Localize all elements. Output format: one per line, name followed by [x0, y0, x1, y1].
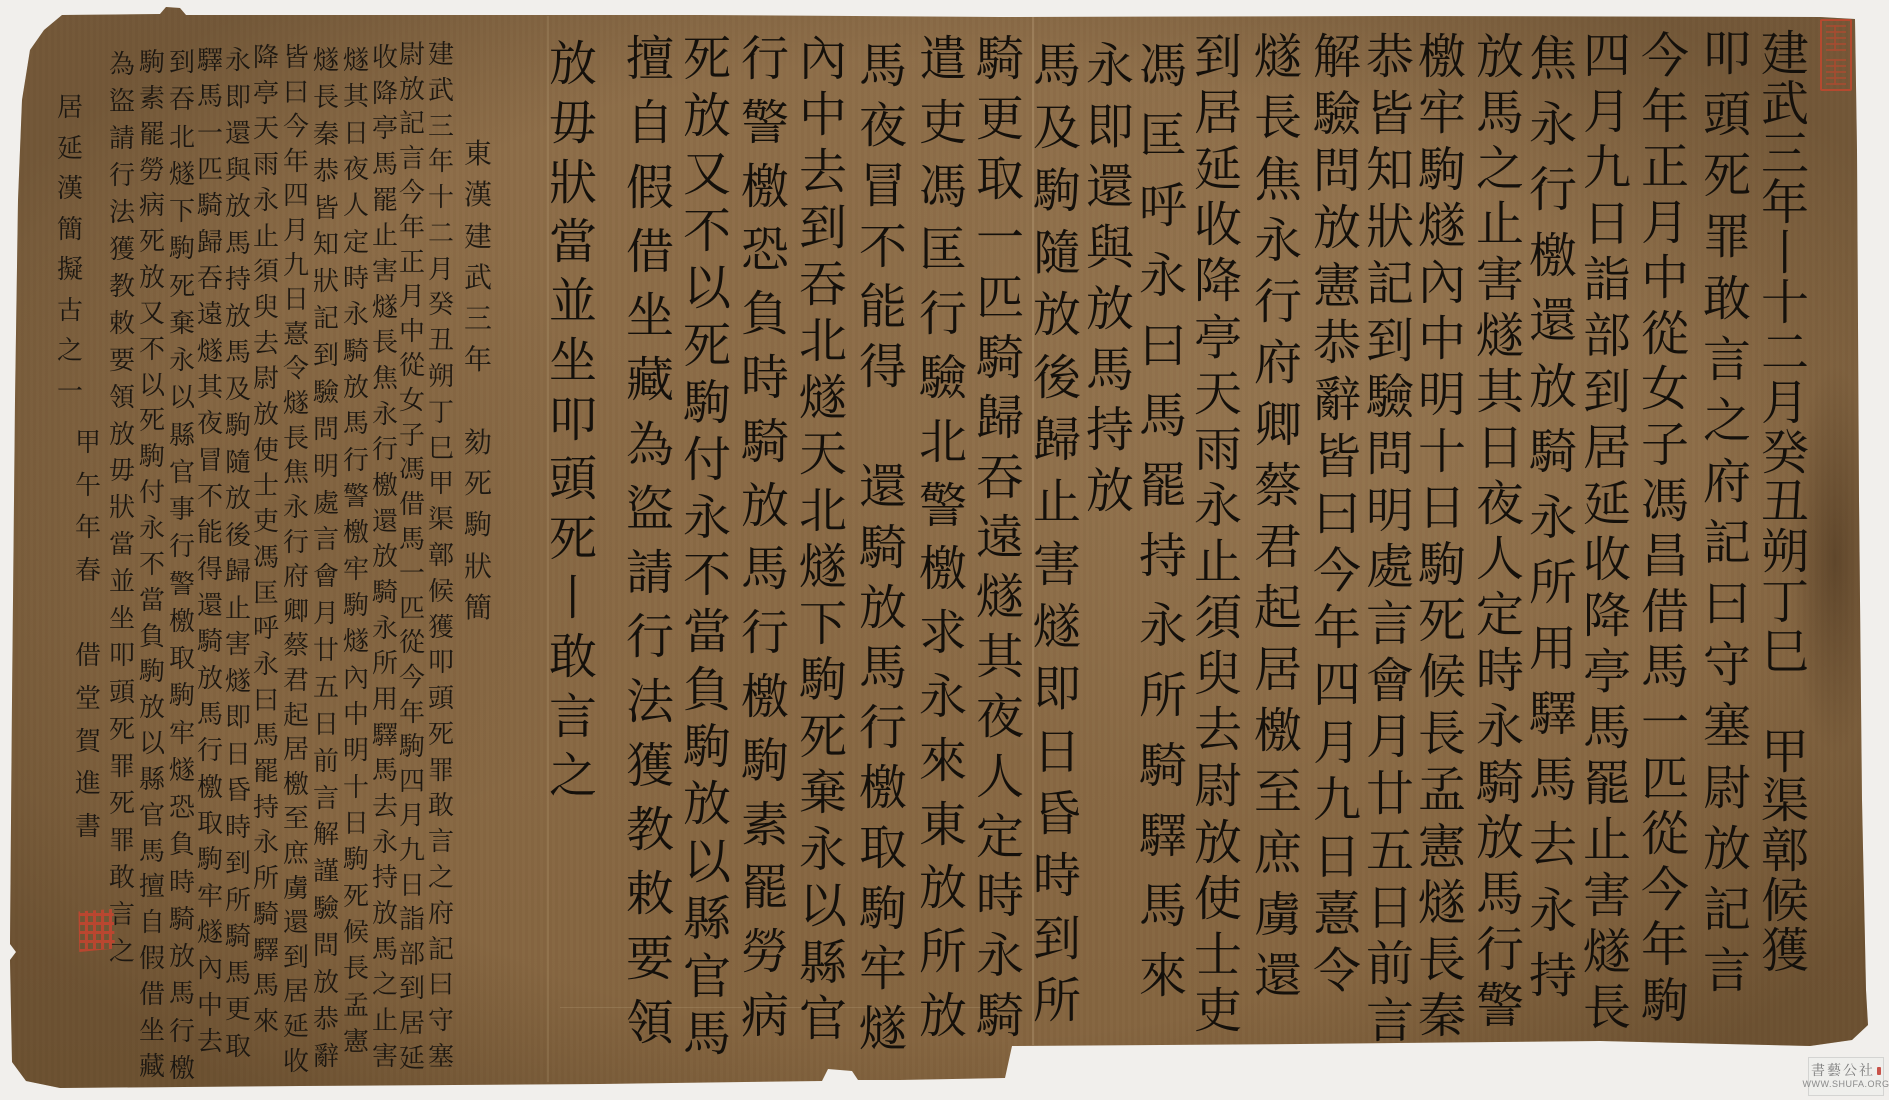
glyph: 自 [626, 99, 674, 147]
glyph: 死 [464, 470, 492, 498]
glyph: 牢 [169, 721, 195, 747]
glyph: 鄣 [1761, 827, 1809, 875]
glyph: 時 [1033, 852, 1081, 900]
glyph: 從 [1641, 810, 1689, 858]
glyph: 得 [197, 557, 223, 583]
glyph: 取 [197, 811, 223, 837]
glyph: 駒 [343, 593, 369, 619]
glyph: 請 [109, 126, 135, 152]
glyph: 放 [197, 666, 223, 692]
glyph: 恭 [313, 1007, 339, 1033]
glyph: 牢 [197, 884, 223, 910]
glyph: 持 [1529, 952, 1577, 1000]
glyph: 虜 [1254, 891, 1302, 939]
glyph: 降 [253, 45, 279, 71]
glyph: 後 [225, 523, 251, 549]
glyph: 駒 [859, 885, 907, 933]
glyph: 放 [1086, 285, 1134, 333]
glyph: 止 [1476, 200, 1524, 248]
right-text-column: 馬及駒隨放後歸止害燧即日昏時到所 [1025, 42, 1089, 1025]
glyph: 持 [372, 865, 398, 891]
glyph: 駒 [169, 236, 195, 262]
glyph: 從 [1641, 310, 1689, 358]
glyph: 負 [741, 290, 789, 338]
glyph: 記 [1703, 519, 1751, 567]
glyph: 不 [683, 551, 731, 599]
glyph: 皆 [1366, 90, 1414, 138]
glyph: 能 [197, 520, 223, 546]
glyph: 歸 [1033, 416, 1081, 464]
glyph: 渠 [1761, 777, 1809, 825]
glyph: 憙 [283, 322, 309, 348]
glyph: 馮 [399, 457, 425, 483]
glyph: 東 [464, 140, 492, 168]
glyph: 罪 [1703, 213, 1751, 261]
glyph: 馬 [1641, 643, 1689, 691]
glyph: 明 [1418, 371, 1466, 419]
glyph: 行 [169, 1019, 195, 1045]
glyph: 當 [139, 588, 165, 614]
glyph: 罪 [428, 758, 454, 784]
glyph: 遣 [919, 35, 967, 83]
glyph: 病 [139, 193, 165, 219]
glyph: 曰 [1139, 322, 1187, 370]
glyph: 永 [253, 830, 279, 856]
glyph: 問 [313, 417, 339, 443]
glyph: 丑 [1761, 478, 1809, 526]
glyph: 負 [139, 624, 165, 650]
glyph: 取 [859, 824, 907, 872]
glyph: 言 [1703, 947, 1751, 995]
glyph: 匡 [919, 226, 967, 274]
glyph: 領 [109, 385, 135, 411]
glyph: 燧 [1418, 879, 1466, 927]
glyph: 死 [428, 722, 454, 748]
glyph: 騎 [976, 334, 1024, 382]
glyph: 延 [57, 136, 83, 162]
glyph: 永 [919, 673, 967, 721]
glyph: 馬 [169, 981, 195, 1007]
glyph: 死 [683, 35, 731, 83]
glyph: 中 [399, 319, 425, 345]
glyph: 放 [169, 944, 195, 970]
glyph: 馬 [225, 961, 251, 987]
glyph: 官 [169, 460, 195, 486]
glyph: 明 [343, 738, 369, 764]
glyph: 時 [976, 872, 1024, 920]
glyph: 縣 [799, 939, 847, 987]
glyph: 內 [197, 956, 223, 982]
glyph: 騎 [343, 339, 369, 365]
glyph: 檄 [197, 775, 223, 801]
glyph: 害 [372, 259, 398, 285]
glyph: 以 [683, 838, 731, 886]
glyph: 領 [626, 999, 674, 1047]
glyph: 一 [197, 121, 223, 147]
left-text-column: 到吞北燧下駒死棄永以縣官事行警檄取駒牢燧恐負時騎放馬行檄 [165, 50, 199, 1082]
glyph: 檄 [859, 764, 907, 812]
glyph: 不 [683, 207, 731, 255]
glyph: 永 [1254, 217, 1302, 265]
glyph: 馬 [1529, 756, 1577, 804]
glyph: 府 [1703, 458, 1751, 506]
glyph: 長 [372, 330, 398, 356]
glyph: 放 [225, 486, 251, 512]
glyph: 部 [399, 942, 425, 968]
glyph: 夜 [859, 102, 907, 150]
glyph: 人 [1476, 535, 1524, 583]
glyph: 日 [1313, 833, 1361, 881]
glyph: 記 [1366, 260, 1414, 308]
glyph: 人 [343, 193, 369, 219]
glyph: 君 [283, 668, 309, 694]
glyph: 永 [1529, 887, 1577, 935]
glyph: 持 [225, 267, 251, 293]
glyph: 法 [626, 678, 674, 726]
glyph: 日 [399, 873, 425, 899]
glyph: 士 [253, 473, 279, 499]
glyph: 延 [399, 1046, 425, 1072]
glyph: 甲 [428, 471, 454, 497]
glyph: 素 [741, 801, 789, 849]
glyph: 借 [75, 643, 101, 669]
glyph: 到 [283, 945, 309, 971]
glyph: 解 [313, 822, 339, 848]
glyph: 居 [1194, 89, 1242, 137]
glyph: 曰 [253, 688, 279, 714]
glyph: 借 [626, 228, 674, 276]
glyph: 持 [1139, 532, 1187, 580]
glyph: 更 [976, 95, 1024, 143]
glyph: 雨 [253, 152, 279, 178]
glyph: 焦 [372, 366, 398, 392]
glyph: 居 [283, 979, 309, 1005]
glyph: 放 [399, 77, 425, 103]
glyph: 一 [57, 379, 83, 405]
watermark-brand: 書藝公社 [1811, 1063, 1875, 1079]
glyph: 恭 [1313, 319, 1361, 367]
glyph: 敕 [626, 870, 674, 918]
glyph: 以 [169, 385, 195, 411]
glyph: 後 [1033, 354, 1081, 402]
title-column: 東漢建武三年劾死駒狀簡 [460, 140, 496, 622]
glyph: 言 [1703, 336, 1751, 384]
glyph: 日 [1366, 884, 1414, 932]
glyph: 頭 [1703, 91, 1751, 139]
glyph: 放 [139, 265, 165, 291]
glyph: 皆 [313, 196, 339, 222]
glyph: 匹 [976, 274, 1024, 322]
glyph: 九 [1313, 776, 1361, 824]
glyph: 塞 [428, 1044, 454, 1070]
glyph: 到 [799, 204, 847, 252]
glyph: 駒 [1641, 977, 1689, 1025]
right-text-column: 馬夜冒不能得還騎放馬行檄取駒牢燧 [851, 42, 915, 1053]
glyph: 之 [1703, 397, 1751, 445]
glyph: 駒 [683, 723, 731, 771]
glyph: 去 [253, 331, 279, 357]
glyph: 放 [313, 970, 339, 996]
glyph: 警 [1476, 982, 1524, 1030]
glyph: 敢 [428, 793, 454, 819]
glyph: 古 [57, 298, 83, 324]
glyph: 馬 [1033, 42, 1081, 90]
glyph: 騎 [253, 902, 279, 928]
glyph: 其 [1476, 368, 1524, 416]
glyph: 賀 [75, 729, 101, 755]
glyph: 歸 [976, 394, 1024, 442]
glyph: 永 [1476, 703, 1524, 751]
glyph: 十 [428, 185, 454, 211]
glyph: 辭 [1313, 376, 1361, 424]
glyph: 官 [139, 803, 165, 829]
glyph: 檄 [169, 609, 195, 635]
glyph: 去 [1529, 821, 1577, 869]
glyph: 毋 [109, 458, 135, 484]
glyph: 到 [399, 976, 425, 1002]
glyph: 四 [399, 769, 425, 795]
right-text-column: 遣吏馮匡行驗北警檄求永來東放所放 [911, 35, 975, 1040]
glyph: 守 [428, 1008, 454, 1034]
glyph: 定 [976, 813, 1024, 861]
glyph: 馮 [919, 163, 967, 211]
glyph: 正 [399, 250, 425, 276]
glyph: 為 [109, 52, 135, 78]
glyph: 簡 [464, 594, 492, 622]
glyph: 騎 [197, 193, 223, 219]
glyph: 記 [428, 937, 454, 963]
glyph: 年 [283, 149, 309, 175]
glyph: 臾 [1194, 650, 1242, 698]
glyph: 放 [372, 901, 398, 927]
glyph: 今 [399, 665, 425, 691]
glyph: 死 [139, 408, 165, 434]
glyph: 死 [169, 274, 195, 300]
glyph: 令 [1313, 947, 1361, 995]
glyph: 長 [1418, 936, 1466, 984]
glyph: 駒 [1033, 167, 1081, 215]
glyph: 今 [399, 180, 425, 206]
glyph: 死 [109, 717, 135, 743]
right-text-column: 解驗問放憲恭辭皆曰今年四月九日憙令 [1305, 33, 1369, 995]
glyph: 人 [976, 753, 1024, 801]
glyph: 能 [859, 283, 907, 331]
glyph: 丨 [1761, 229, 1809, 277]
glyph: 下 [169, 199, 195, 225]
glyph: 借 [1641, 588, 1689, 636]
glyph: 馬 [683, 1010, 731, 1058]
glyph: 所 [1529, 559, 1577, 607]
glyph: 檄 [1254, 707, 1302, 755]
glyph: 問 [1366, 430, 1414, 478]
glyph: 進 [75, 771, 101, 797]
glyph: 朔 [428, 364, 454, 390]
glyph: 敕 [109, 311, 135, 337]
glyph: 尉 [253, 366, 279, 392]
glyph: 還 [372, 509, 398, 535]
glyph: 死 [343, 884, 369, 910]
glyph: 法 [109, 200, 135, 226]
glyph: 馬 [372, 937, 398, 963]
glyph: 擅 [139, 874, 165, 900]
glyph: 之 [549, 752, 597, 800]
glyph: 要 [626, 935, 674, 983]
glyph: 雨 [1194, 426, 1242, 474]
glyph: 吞 [976, 454, 1024, 502]
glyph: 時 [225, 815, 251, 841]
glyph: 甲 [75, 430, 101, 456]
glyph: 所 [253, 866, 279, 892]
glyph: 行 [1476, 926, 1524, 974]
glyph: 騎 [976, 992, 1024, 1040]
glyph: 北 [799, 487, 847, 535]
seal-glyph [1826, 25, 1846, 51]
glyph: 放 [253, 402, 279, 428]
glyph: 天 [799, 430, 847, 478]
glyph: 放 [1194, 819, 1242, 867]
glyph: 狀 [464, 553, 492, 581]
glyph: 收 [1194, 201, 1242, 249]
glyph: 燧 [225, 669, 251, 695]
glyph: 夜 [1476, 480, 1524, 528]
glyph: 叩 [549, 396, 597, 444]
right-text-column: 內中去到吞北燧天北燧下駒死棄永以縣官 [791, 35, 855, 1043]
glyph: 及 [1033, 104, 1081, 152]
glyph: 中 [1418, 315, 1466, 363]
left-text-column: 駒素罷勞病死放又不以死駒付永不當負駒放以縣官馬擅自假借坐藏 [135, 50, 169, 1080]
glyph: 擅 [626, 35, 674, 83]
glyph: 匡 [1139, 112, 1187, 160]
glyph: 丁 [428, 400, 454, 426]
glyph: 憲 [1418, 823, 1466, 871]
glyph: 知 [313, 232, 339, 258]
glyph: 行 [741, 609, 789, 657]
glyph: 驛 [1529, 690, 1577, 738]
glyph: 驗 [313, 896, 339, 922]
glyph: 放 [859, 584, 907, 632]
glyph: 四 [1583, 32, 1631, 80]
glyph: 叩 [109, 643, 135, 669]
glyph: 至 [283, 806, 309, 832]
glyph: 馬 [139, 839, 165, 865]
glyph: 騎 [1529, 428, 1577, 476]
glyph: 駒 [741, 737, 789, 785]
glyph: 去 [372, 794, 398, 820]
glyph: 九 [399, 838, 425, 864]
glyph: 書 [75, 814, 101, 840]
glyph: 言 [1366, 600, 1414, 648]
glyph: 駒 [169, 683, 195, 709]
glyph: 十 [1418, 428, 1466, 476]
glyph: 燧 [1418, 202, 1466, 250]
glyph: 定 [1476, 591, 1524, 639]
glyph: 廿 [313, 638, 339, 664]
glyph: 君 [1254, 523, 1302, 571]
glyph: 與 [1086, 224, 1134, 272]
glyph: 馬 [253, 723, 279, 749]
glyph: 行 [626, 613, 674, 661]
glyph: 牢 [1418, 89, 1466, 137]
glyph: 燧 [169, 758, 195, 784]
glyph: 永 [372, 830, 398, 856]
glyph: 止 [372, 223, 398, 249]
glyph: 放 [1529, 363, 1577, 411]
glyph: 匹 [399, 596, 425, 622]
glyph: 記 [399, 111, 425, 137]
glyph: 用 [372, 687, 398, 713]
glyph: 所 [225, 888, 251, 914]
glyph: 來 [253, 1009, 279, 1035]
glyph: 年 [1641, 88, 1689, 136]
glyph: 吞 [197, 266, 223, 292]
glyph: 蔡 [1254, 462, 1302, 510]
glyph: 到 [313, 343, 339, 369]
left-text-column: 為盜請行法獲教敕要領放毋狀當並坐叩頭死罪死罪敢言之 [105, 52, 139, 965]
glyph: 解 [1313, 33, 1361, 81]
glyph: 官 [799, 995, 847, 1043]
glyph: 負 [169, 832, 195, 858]
glyph: 放 [683, 780, 731, 828]
right-text-column: 行警檄恐負時騎放馬行檄駒素罷勞病 [733, 35, 797, 1040]
glyph: 盜 [109, 89, 135, 115]
glyph: 放 [741, 482, 789, 530]
glyph: 匹 [1641, 755, 1689, 803]
glyph: 年 [1641, 921, 1689, 969]
glyph: 言 [399, 146, 425, 172]
glyph: 永 [1529, 101, 1577, 149]
glyph: 匡 [253, 581, 279, 607]
glyph: 盜 [626, 485, 674, 533]
glyph: 降 [1194, 257, 1242, 305]
glyph: 當 [109, 532, 135, 558]
glyph: 永 [683, 494, 731, 542]
glyph: 中 [343, 702, 369, 728]
glyph: 不 [139, 552, 165, 578]
glyph: 辭 [313, 1044, 339, 1070]
glyph: 會 [313, 564, 339, 590]
glyph: 警 [169, 572, 195, 598]
glyph: 檄 [372, 473, 398, 499]
glyph: 永 [1194, 482, 1242, 530]
glyph: 以 [139, 731, 165, 757]
glyph: 死 [549, 515, 597, 563]
glyph: 永 [372, 616, 398, 642]
glyph: 驗 [1366, 373, 1414, 421]
glyph: 癸 [1761, 429, 1809, 477]
glyph: 用 [1529, 625, 1577, 673]
glyph: 皆 [1313, 433, 1361, 481]
glyph: 死 [1703, 152, 1751, 200]
glyph: 騎 [976, 35, 1024, 83]
right-text-column: 放馬之止害燧其日夜人定時永騎放馬行警 [1468, 33, 1532, 1030]
watermark: 書藝公社 WWW.SHUFA.ORG [1808, 1057, 1884, 1096]
glyph: 永 [1086, 42, 1134, 90]
glyph: 檄 [283, 772, 309, 798]
glyph: 日 [313, 712, 339, 738]
glyph: 即 [225, 85, 251, 111]
glyph: 付 [683, 436, 731, 484]
glyph: 歸 [197, 230, 223, 256]
glyph: 得 [859, 343, 907, 391]
glyph: 馬 [859, 644, 907, 692]
glyph: 縣 [169, 423, 195, 449]
glyph: 長 [1418, 710, 1466, 758]
glyph: 中 [799, 91, 847, 139]
glyph: 內 [799, 35, 847, 83]
glyph: 憙 [1313, 890, 1361, 938]
glyph: 驛 [372, 723, 398, 749]
glyph: 長 [343, 956, 369, 982]
